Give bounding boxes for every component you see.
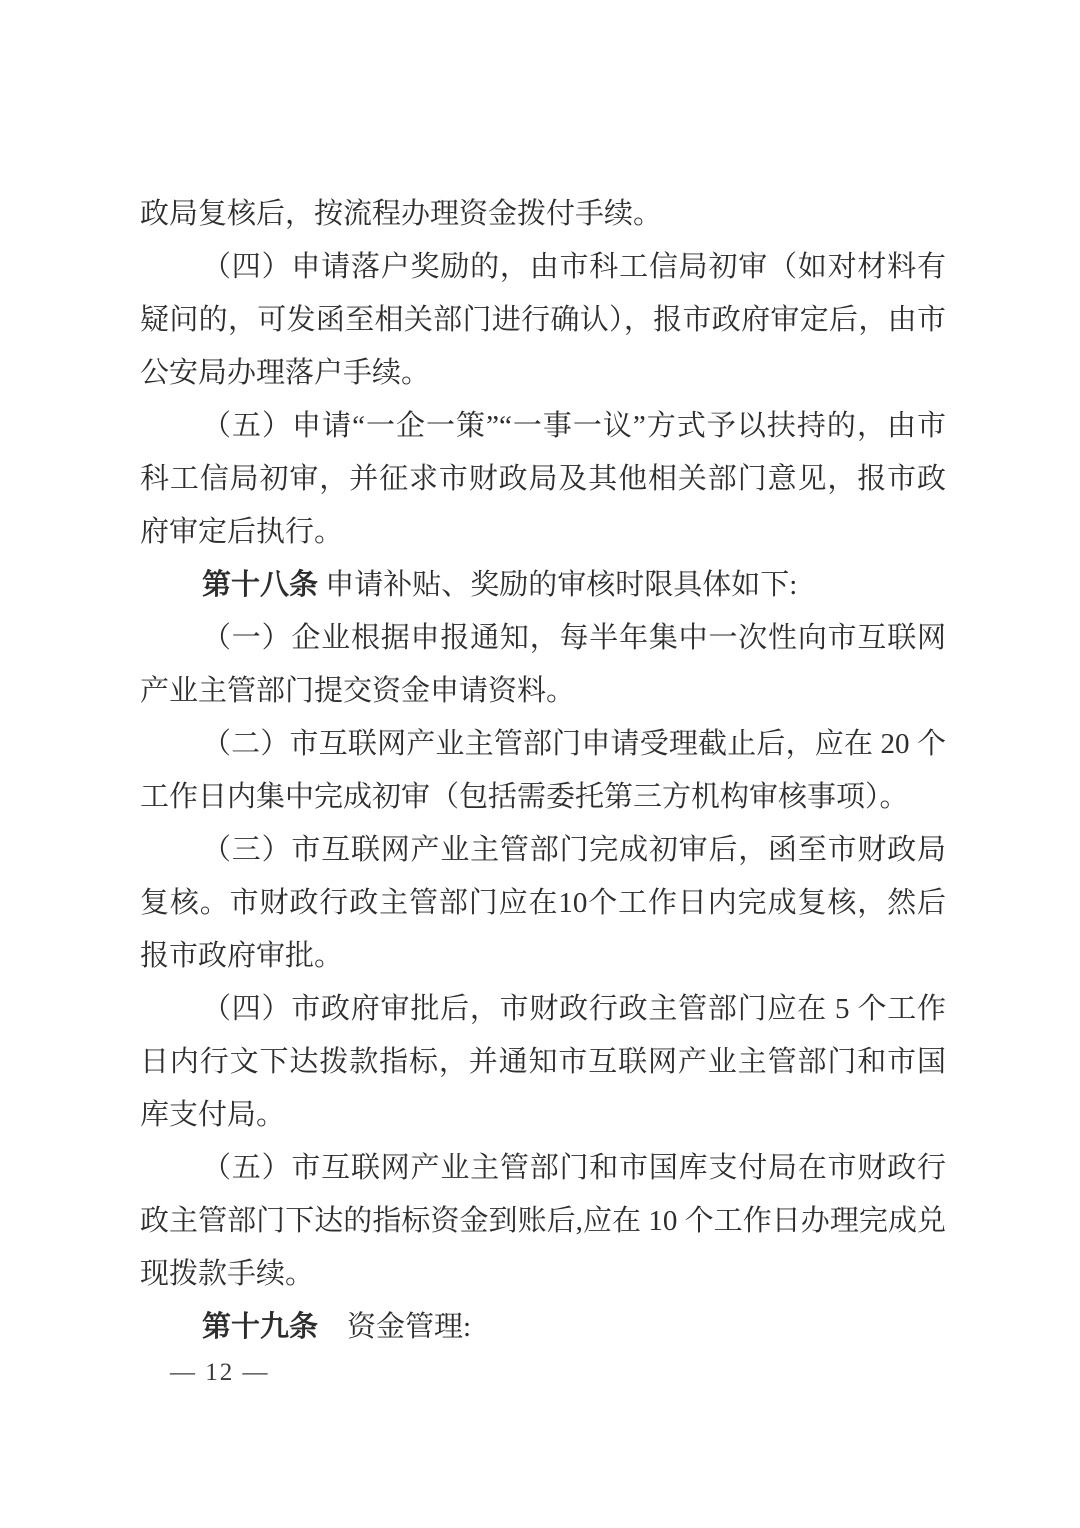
- paragraph-article-18: 第十八条 申请补贴、奖励的审核时限具体如下:: [140, 559, 946, 612]
- paragraph-continuation: 政局复核后，按流程办理资金拨付手续。: [140, 188, 946, 241]
- article-18-number: 第十八条: [202, 569, 318, 601]
- article-18-text: 申请补贴、奖励的审核时限具体如下:: [318, 569, 797, 601]
- document-page: 政局复核后，按流程办理资金拨付手续。 （四）申请落户奖励的，由市科工信局初审（如…: [0, 0, 1080, 1528]
- paragraph-item-5: （五）申请“一企一策”“一事一议”方式予以扶持的，由市科工信局初审，并征求市财政…: [140, 400, 946, 559]
- paragraph-article-19: 第十九条 资金管理:: [140, 1301, 946, 1354]
- paragraph-item-5b: （五）市互联网产业主管部门和市国库支付局在市财政行政主管部门下达的指标资金到账后…: [140, 1142, 946, 1301]
- article-19-number: 第十九条: [202, 1311, 318, 1343]
- paragraph-item-4b: （四）市政府审批后，市财政行政主管部门应在 5 个工作日内行文下达拨款指标，并通…: [140, 983, 946, 1142]
- article-19-text: 资金管理:: [318, 1311, 471, 1343]
- paragraph-item-3: （三）市互联网产业主管部门完成初审后，函至市财政局复核。市财政行政主管部门应在1…: [140, 824, 946, 983]
- paragraph-item-4: （四）申请落户奖励的，由市科工信局初审（如对材料有疑问的，可发函至相关部门进行确…: [140, 241, 946, 400]
- paragraph-item-1: （一）企业根据申报通知，每半年集中一次性向市互联网产业主管部门提交资金申请资料。: [140, 612, 946, 718]
- document-body: 政局复核后，按流程办理资金拨付手续。 （四）申请落户奖励的，由市科工信局初审（如…: [140, 188, 946, 1354]
- page-number-footer: — 12 —: [170, 1356, 270, 1390]
- paragraph-item-2: （二）市互联网产业主管部门申请受理截止后，应在 20 个工作日内集中完成初审（包…: [140, 718, 946, 824]
